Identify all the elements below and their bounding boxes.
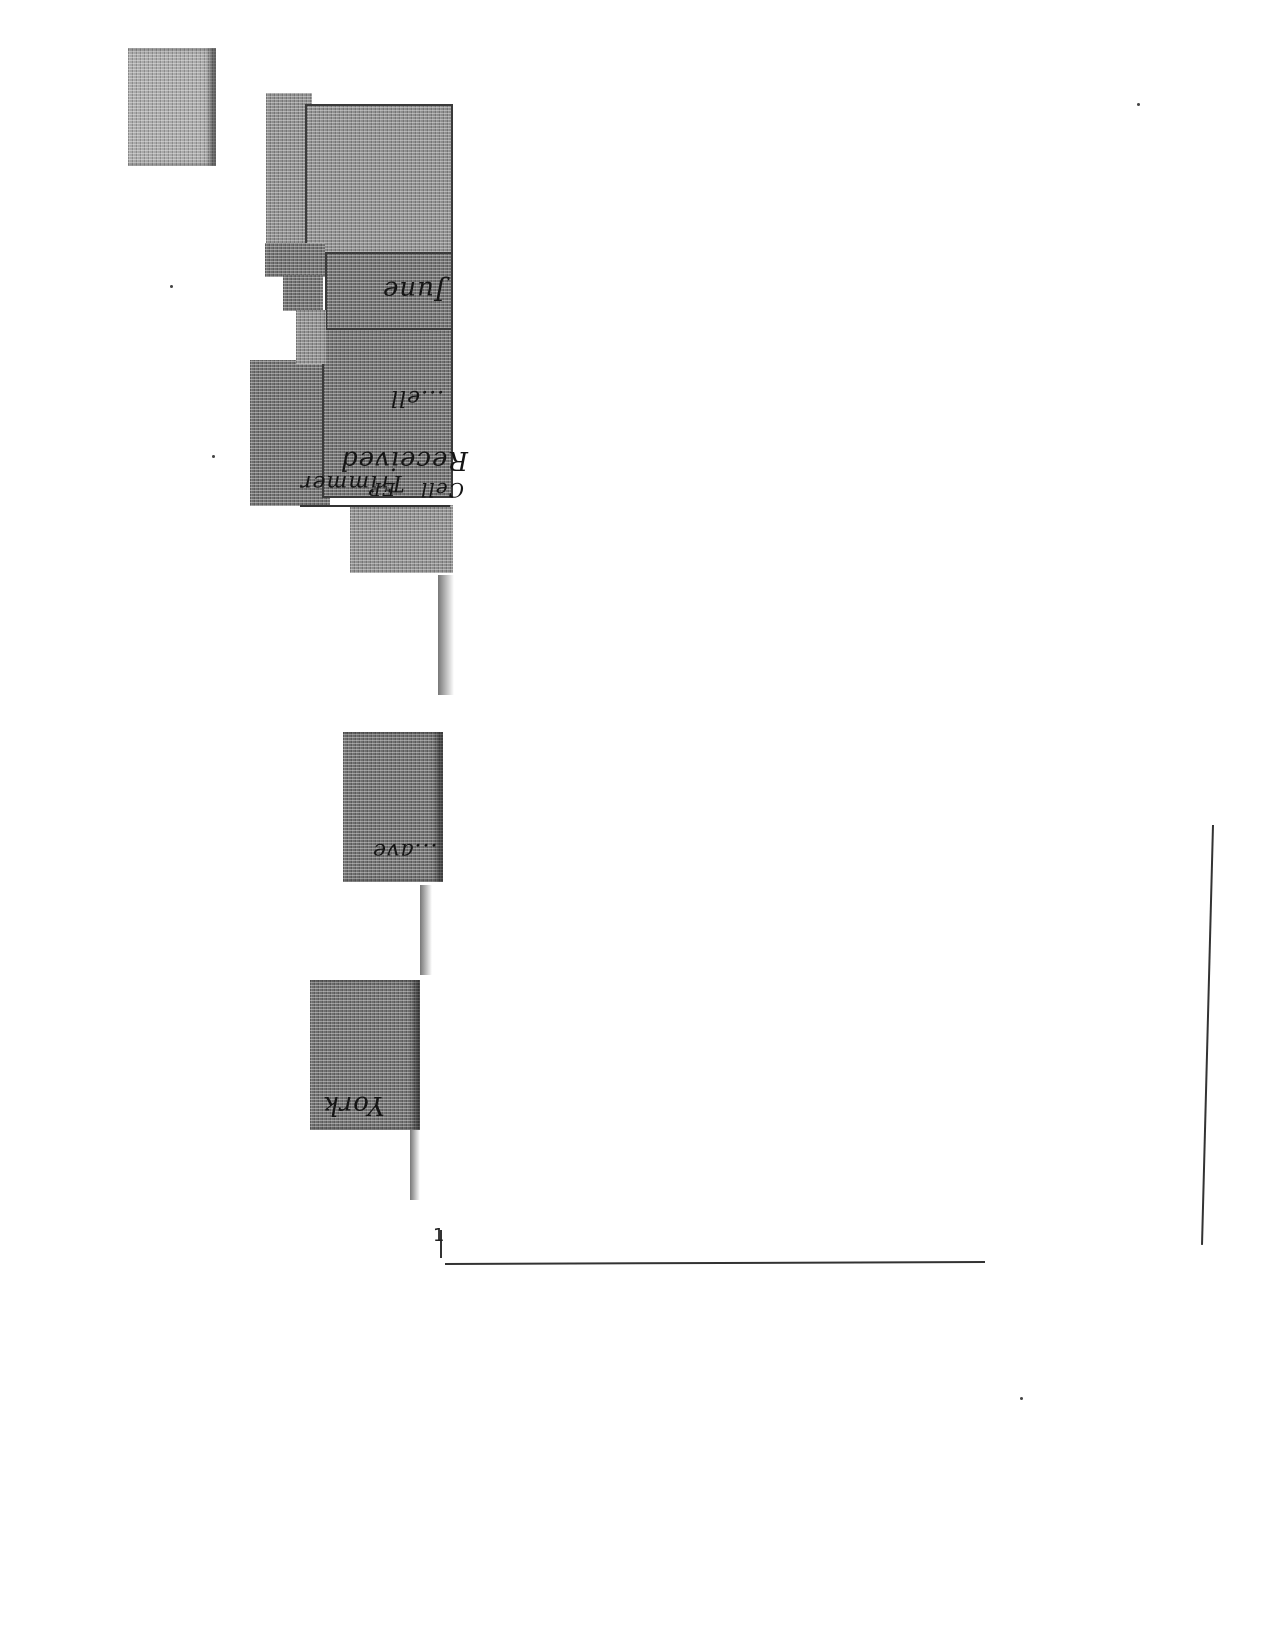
- corner-numeral: 1: [433, 1225, 444, 1246]
- handwriting-fragment: ...ave: [372, 838, 438, 863]
- page-edge-right: [1201, 825, 1214, 1245]
- handwriting-fragment: Cell: [420, 478, 464, 502]
- scan-speck: [1137, 103, 1140, 106]
- scan-block-card-foot: [350, 505, 453, 573]
- scan-speck: [1020, 1397, 1023, 1400]
- scan-edge-shadow: [410, 1130, 420, 1200]
- scan-block-card-tab: [296, 310, 326, 364]
- scan-edge-shadow: [420, 885, 432, 975]
- page-edge-bottom: [445, 1261, 985, 1265]
- handwriting-fragment: York: [322, 1090, 385, 1120]
- scan-speck: [212, 455, 215, 458]
- scan-edge-shadow: [438, 575, 454, 695]
- handwriting-fragment: EP: [368, 478, 395, 499]
- scan-block-card-step2: [283, 275, 323, 311]
- handwriting-fragment: ...ell: [390, 385, 444, 410]
- scan-speck: [170, 285, 173, 288]
- handwriting-fragment: June: [382, 275, 445, 305]
- scan-block-card-top: [305, 104, 453, 254]
- scan-block-card-step1: [265, 243, 325, 277]
- scan-block-top-left: [128, 48, 216, 166]
- card-divider-line: [300, 505, 450, 507]
